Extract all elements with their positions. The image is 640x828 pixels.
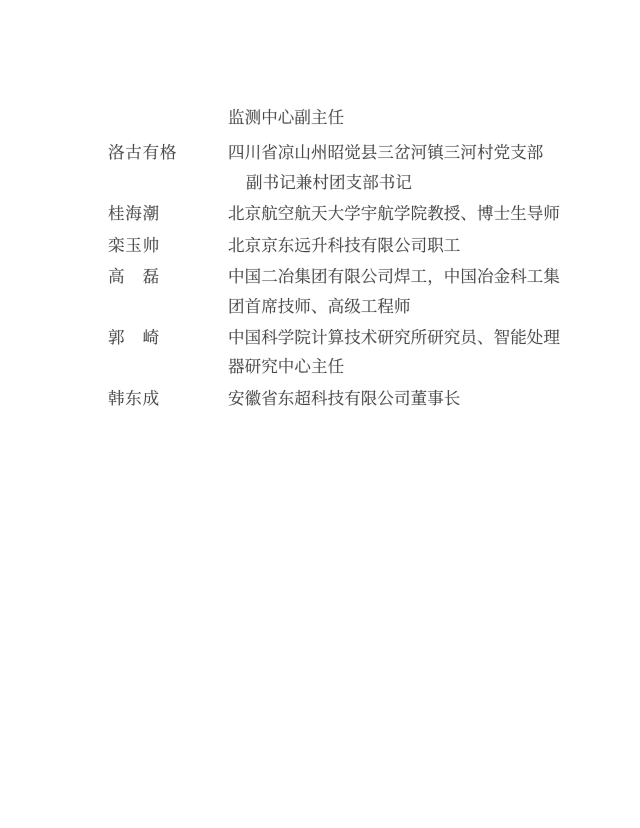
entry-row-continuation: 器研究中心主任 [0, 359, 640, 379]
entry-description-line: 北京京东远升科技有限公司职工 [228, 238, 460, 255]
entry-row: 高 磊 中国二冶集团有限公司焊工，中国冶金科工集 [0, 269, 640, 289]
entry-description-line: 监测中心副主任 [228, 110, 344, 127]
entry-description-line: 中国二冶集团有限公司焊工，中国冶金科工集 [228, 269, 560, 286]
entry-name: 高 磊 [108, 269, 160, 286]
entry-name: 韩东成 [108, 391, 160, 408]
entry-description-line: 器研究中心主任 [228, 359, 344, 376]
entry-row-continuation: 监测中心副主任 [0, 110, 640, 130]
entry-description-line: 安徽省东超科技有限公司董事长 [228, 391, 460, 408]
entry-description-line: 北京航空航天大学宇航学院教授、博士生导师 [228, 206, 560, 223]
document-page: 监测中心副主任 洛古有格 四川省凉山州昭觉县三岔河镇三河村党支部 副书记兼村团支… [0, 0, 640, 828]
entry-description-line: 团首席技师、高级工程师 [228, 299, 411, 316]
entry-name: 郭 崎 [108, 330, 160, 347]
entry-row-continuation: 副书记兼村团支部书记 [0, 175, 640, 195]
entry-row: 韩东成 安徽省东超科技有限公司董事长 [0, 391, 640, 411]
entry-description-line: 四川省凉山州昭觉县三岔河镇三河村党支部 [228, 145, 543, 162]
entry-description-line: 中国科学院计算技术研究所研究员、智能处理 [228, 330, 560, 347]
entry-row: 栾玉帅 北京京东远升科技有限公司职工 [0, 238, 640, 258]
entry-row: 桂海潮 北京航空航天大学宇航学院教授、博士生导师 [0, 206, 640, 226]
entry-row-continuation: 团首席技师、高级工程师 [0, 299, 640, 319]
entry-row: 洛古有格 四川省凉山州昭觉县三岔河镇三河村党支部 [0, 145, 640, 165]
entry-row: 郭 崎 中国科学院计算技术研究所研究员、智能处理 [0, 330, 640, 350]
entry-name: 栾玉帅 [108, 238, 160, 255]
entry-name: 桂海潮 [108, 206, 160, 223]
entry-description-line: 副书记兼村团支部书记 [246, 175, 412, 192]
entry-name: 洛古有格 [108, 145, 177, 162]
